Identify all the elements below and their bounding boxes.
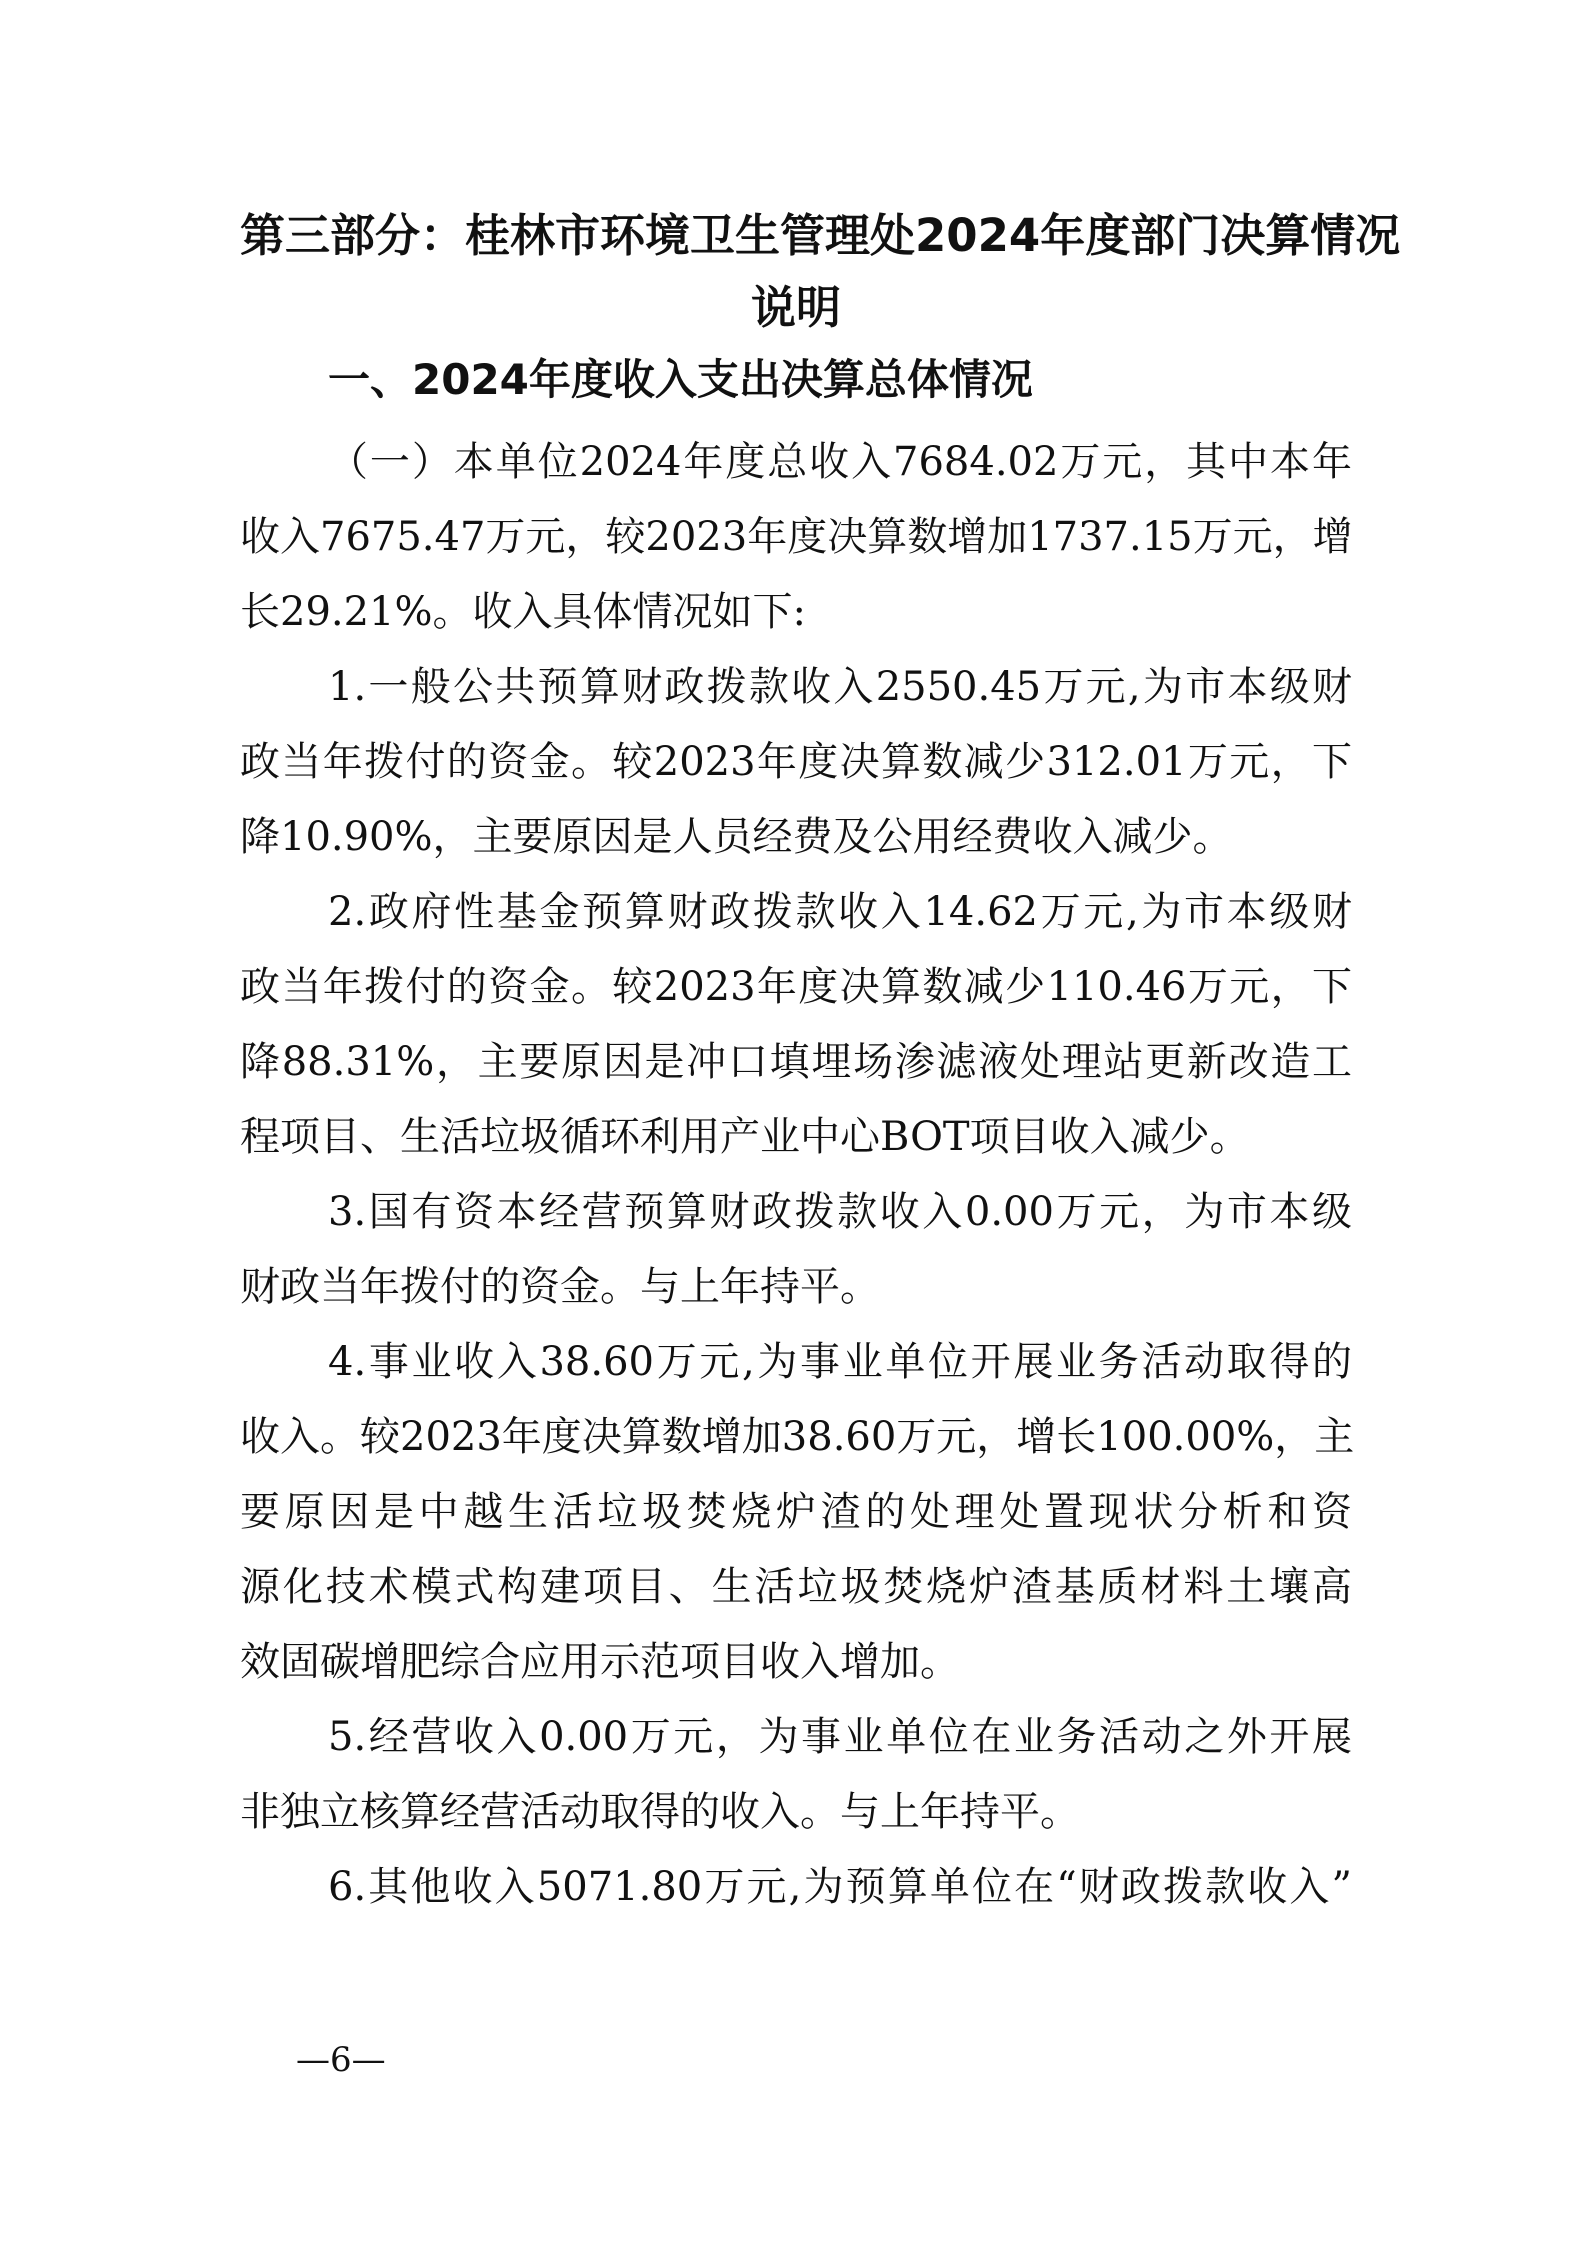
text-line: 政当年拨付的资金。较2023年度决算数减少110.46万元，下 (240, 950, 1352, 1025)
text-line: 降10.90%，主要原因是人员经费及公用经费收入减少。 (240, 800, 1352, 875)
paragraph-overview: （一）本单位2024年度总收入7684.02万元，其中本年 收入7675.47万… (240, 425, 1352, 650)
document-title-line-1: 第三部分：桂林市环境卫生管理处2024年度部门决算情况 (240, 212, 1352, 260)
paragraph-item-6: 6.其他收入5071.80万元,为预算单位在“财政拨款收入” (240, 1850, 1352, 1925)
page-number: —6— (296, 2040, 386, 2080)
text-line: 收入。较2023年度决算数增加38.60万元，增长100.00%，主 (240, 1400, 1352, 1475)
text-line: 财政当年拨付的资金。与上年持平。 (240, 1250, 1352, 1325)
text-line: 4.事业收入38.60万元,为事业单位开展业务活动取得的 (240, 1325, 1352, 1400)
text-line: 长29.21%。收入具体情况如下: (240, 575, 1352, 650)
paragraph-item-5: 5.经营收入0.00万元，为事业单位在业务活动之外开展 非独立核算经营活动取得的… (240, 1700, 1352, 1850)
text-line: 降88.31%，主要原因是冲口填埋场渗滤液处理站更新改造工 (240, 1025, 1352, 1100)
text-line: 2.政府性基金预算财政拨款收入14.62万元,为市本级财 (240, 875, 1352, 950)
text-line: （一）本单位2024年度总收入7684.02万元，其中本年 (240, 425, 1352, 500)
text-line: 效固碳增肥综合应用示范项目收入增加。 (240, 1625, 1352, 1700)
text-line: 程项目、生活垃圾循环利用产业中心BOT项目收入减少。 (240, 1100, 1352, 1175)
paragraph-item-3: 3.国有资本经营预算财政拨款收入0.00万元，为市本级 财政当年拨付的资金。与上… (240, 1175, 1352, 1325)
text-line: 非独立核算经营活动取得的收入。与上年持平。 (240, 1775, 1352, 1850)
text-line: 5.经营收入0.00万元，为事业单位在业务活动之外开展 (240, 1700, 1352, 1775)
paragraph-item-2: 2.政府性基金预算财政拨款收入14.62万元,为市本级财 政当年拨付的资金。较2… (240, 875, 1352, 1175)
section-heading: 一、2024年度收入支出决算总体情况 (328, 356, 1033, 404)
document-title-line-2: 说明 (240, 284, 1352, 332)
text-line: 6.其他收入5071.80万元,为预算单位在“财政拨款收入” (240, 1850, 1352, 1925)
text-line: 源化技术模式构建项目、生活垃圾焚烧炉渣基质材料土壤高 (240, 1550, 1352, 1625)
paragraph-item-4: 4.事业收入38.60万元,为事业单位开展业务活动取得的 收入。较2023年度决… (240, 1325, 1352, 1700)
text-line: 收入7675.47万元，较2023年度决算数增加1737.15万元，增 (240, 500, 1352, 575)
text-line: 政当年拨付的资金。较2023年度决算数减少312.01万元，下 (240, 725, 1352, 800)
text-line: 3.国有资本经营预算财政拨款收入0.00万元，为市本级 (240, 1175, 1352, 1250)
text-line: 要原因是中越生活垃圾焚烧炉渣的处理处置现状分析和资 (240, 1475, 1352, 1550)
text-line: 1.一般公共预算财政拨款收入2550.45万元,为市本级财 (240, 650, 1352, 725)
paragraph-item-1: 1.一般公共预算财政拨款收入2550.45万元,为市本级财 政当年拨付的资金。较… (240, 650, 1352, 875)
